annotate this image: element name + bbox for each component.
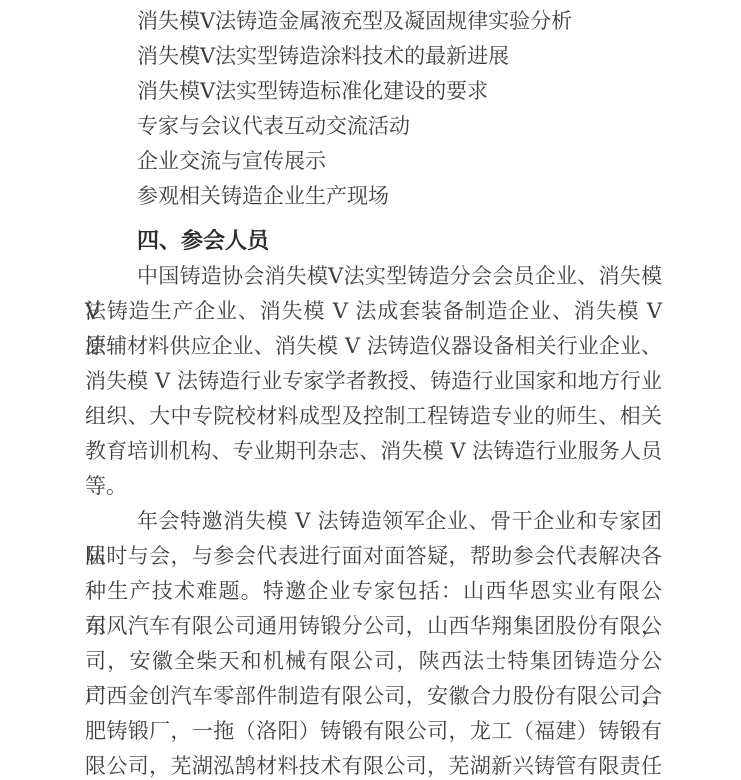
agenda-line: 参观相关铸造企业生产现场 [85,179,662,214]
paragraph-line: 原辅材料供应企业、消失模 V 法铸造仪器设备相关行业企业、 [85,329,662,364]
paragraph-line: 肥铸锻厂，一拖（洛阳）铸锻有限公司，龙工（福建）铸锻有 [85,714,662,749]
paragraph-attendees: 中国铸造协会消失模V法实型铸造分会会员企业、消失模V法铸造生产企业、消失模 V … [85,259,662,504]
paragraph-line: 届时与会，与参会代表进行面对面答疑，帮助参会代表解决各 [85,539,662,574]
paragraph-line: 东风汽车有限公司通用铸锻分公司，山西华翔集团股份有限公 [85,609,662,644]
agenda-line: 消失模V法实型铸造标准化建设的要求 [85,74,662,109]
document-page: 消失模V法铸造金属液充型及凝固规律实验分析消失模V法实型铸造涂料技术的最新进展消… [0,0,741,780]
paragraph-line: 广西金创汽车零部件制造有限公司，安徽合力股份有限公司合 [85,679,662,714]
paragraph-line: 种生产技术难题。特邀企业专家包括：山西华恩实业有限公司， [85,574,662,609]
paragraph-line: 年会特邀消失模 V 法铸造领军企业、骨干企业和专家团队 [85,504,662,539]
agenda-line: 企业交流与宣传展示 [85,144,662,179]
paragraph-line: 限公司，芜湖泓鹄材料技术有限公司，芜湖新兴铸管有限责任 [85,749,662,780]
document-content: 消失模V法铸造金属液充型及凝固规律实验分析消失模V法实型铸造涂料技术的最新进展消… [85,4,662,780]
paragraph-line: 组织、大中专院校材料成型及控制工程铸造专业的师生、相关 [85,399,662,434]
paragraph-line: 教育培训机构、专业期刊杂志、消失模 V 法铸造行业服务人员 [85,434,662,469]
paragraph-invited-experts: 年会特邀消失模 V 法铸造领军企业、骨干企业和专家团队届时与会，与参会代表进行面… [85,504,662,780]
paragraph-line: 司，安徽全柴天和机械有限公司，陕西法士特集团铸造分公司， [85,644,662,679]
agenda-line: 消失模V法实型铸造涂料技术的最新进展 [85,39,662,74]
agenda-line: 专家与会议代表互动交流活动 [85,109,662,144]
paragraph-line: 等。 [85,469,662,504]
agenda-line: 消失模V法铸造金属液充型及凝固规律实验分析 [85,4,662,39]
paragraph-line: 消失模 V 法铸造行业专家学者教授、铸造行业国家和地方行业 [85,364,662,399]
paragraph-line: 中国铸造协会消失模V法实型铸造分会会员企业、消失模V [85,259,662,294]
agenda-list: 消失模V法铸造金属液充型及凝固规律实验分析消失模V法实型铸造涂料技术的最新进展消… [85,4,662,214]
paragraph-line: 法铸造生产企业、消失模 V 法成套装备制造企业、消失模 V 法 [85,294,662,329]
section-heading: 四、参会人员 [85,224,662,259]
